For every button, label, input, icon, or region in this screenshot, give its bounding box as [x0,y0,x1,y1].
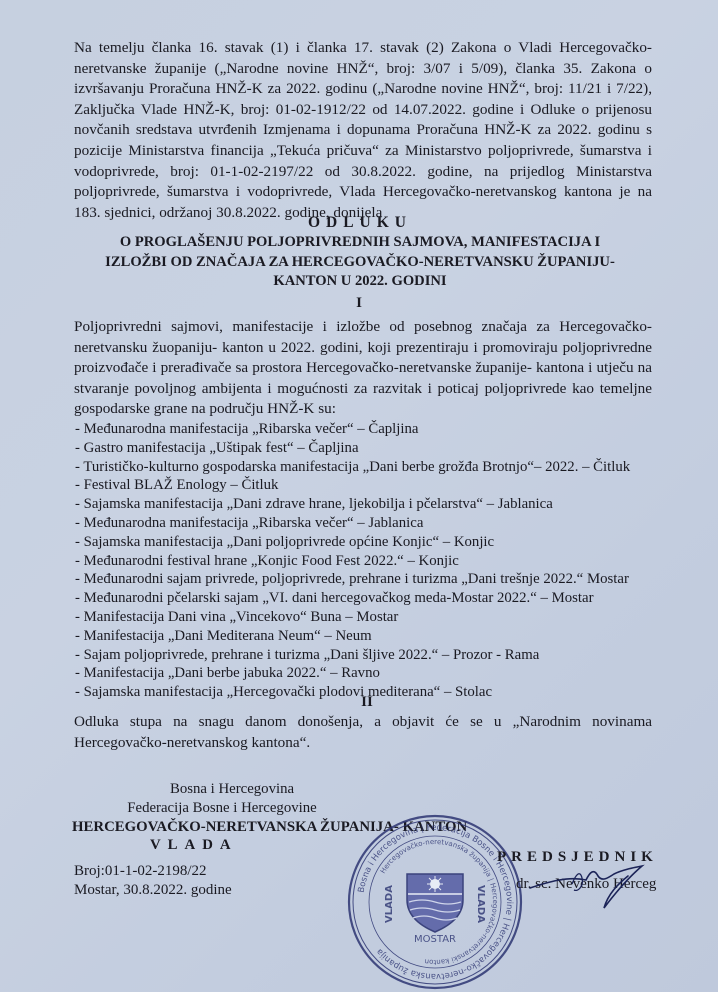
document-place-date: Mostar, 30.8.2022. godine [74,881,232,900]
list-item: - Festival BLAŽ Enology – Čitluk [75,476,630,495]
official-stamp-icon: Bosna i Hercegovina | Federacija Bosne i… [345,812,525,992]
list-item: - Sajam poljoprivrede, prehrane i turizm… [75,646,630,665]
list-item: - Sajamska manifestacija „Dani zdrave hr… [75,495,630,514]
handwritten-signature-icon [528,862,648,912]
issuer-federation: Federacija Bosne i Hercegovine [72,799,372,818]
coat-of-arms-icon [407,874,463,932]
list-item: - Turističko-kulturno gospodarska manife… [75,458,630,477]
list-item: - Manifestacija Dani vina „Vincekovo“ Bu… [75,608,630,627]
decision-title: ODLUKU O PROGLAŠENJU POLJOPRIVREDNIH SAJ… [40,213,680,292]
document-reference: Broj:01-1-02-2198/22 Mostar, 30.8.2022. … [74,862,232,899]
list-item: - Sajamska manifestacija „Dani poljopriv… [75,533,630,552]
preamble-paragraph: Na temelju članka 16. stavak (1) i člank… [74,38,652,223]
list-item: - Međunarodni sajam privrede, poljoprivr… [75,570,630,589]
issuer-country: Bosna i Hercegovina [72,780,382,799]
list-item: - Manifestacija „Dani berbe jabuka 2022.… [75,664,630,683]
svg-text:MOSTAR: MOSTAR [414,934,456,945]
title-main: ODLUKU [40,213,680,233]
svg-text:VLADA: VLADA [475,885,486,923]
section-2-paragraph: Odluka stupa na snagu danom donošenja, a… [74,712,652,753]
list-item: - Manifestacija „Dani Mediterana Neum“ –… [75,627,630,646]
title-line-1: O PROGLAŠENJU POLJOPRIVREDNIH SAJMOVA, M… [40,233,680,253]
list-item: - Gastro manifestacija „Uštipak fest“ – … [75,439,630,458]
list-item: - Međunarodni festival hrane „Konjic Foo… [75,552,630,571]
title-line-3: KANTON U 2022. GODINI [40,272,680,292]
svg-text:VLADA: VLADA [384,885,395,923]
event-list: - Međunarodna manifestacija „Ribarska ve… [75,420,630,702]
list-item: - Međunarodna manifestacija „Ribarska ve… [75,420,630,439]
document-number: Broj:01-1-02-2198/22 [74,862,232,881]
title-line-2: IZLOŽBI OD ZNAČAJA ZA HERCEGOVAČKO-NERET… [40,253,680,273]
list-item: - Međunarodni pčelarski sajam „VI. dani … [75,589,630,608]
section-1-number: I [0,295,718,312]
document-page: Na temelju članka 16. stavak (1) i člank… [0,0,718,992]
list-item: - Međunarodna manifestacija „Ribarska ve… [75,514,630,533]
section-2-number: II [8,694,718,711]
section-1-paragraph: Poljoprivredni sajmovi, manifestacije i … [74,317,652,420]
